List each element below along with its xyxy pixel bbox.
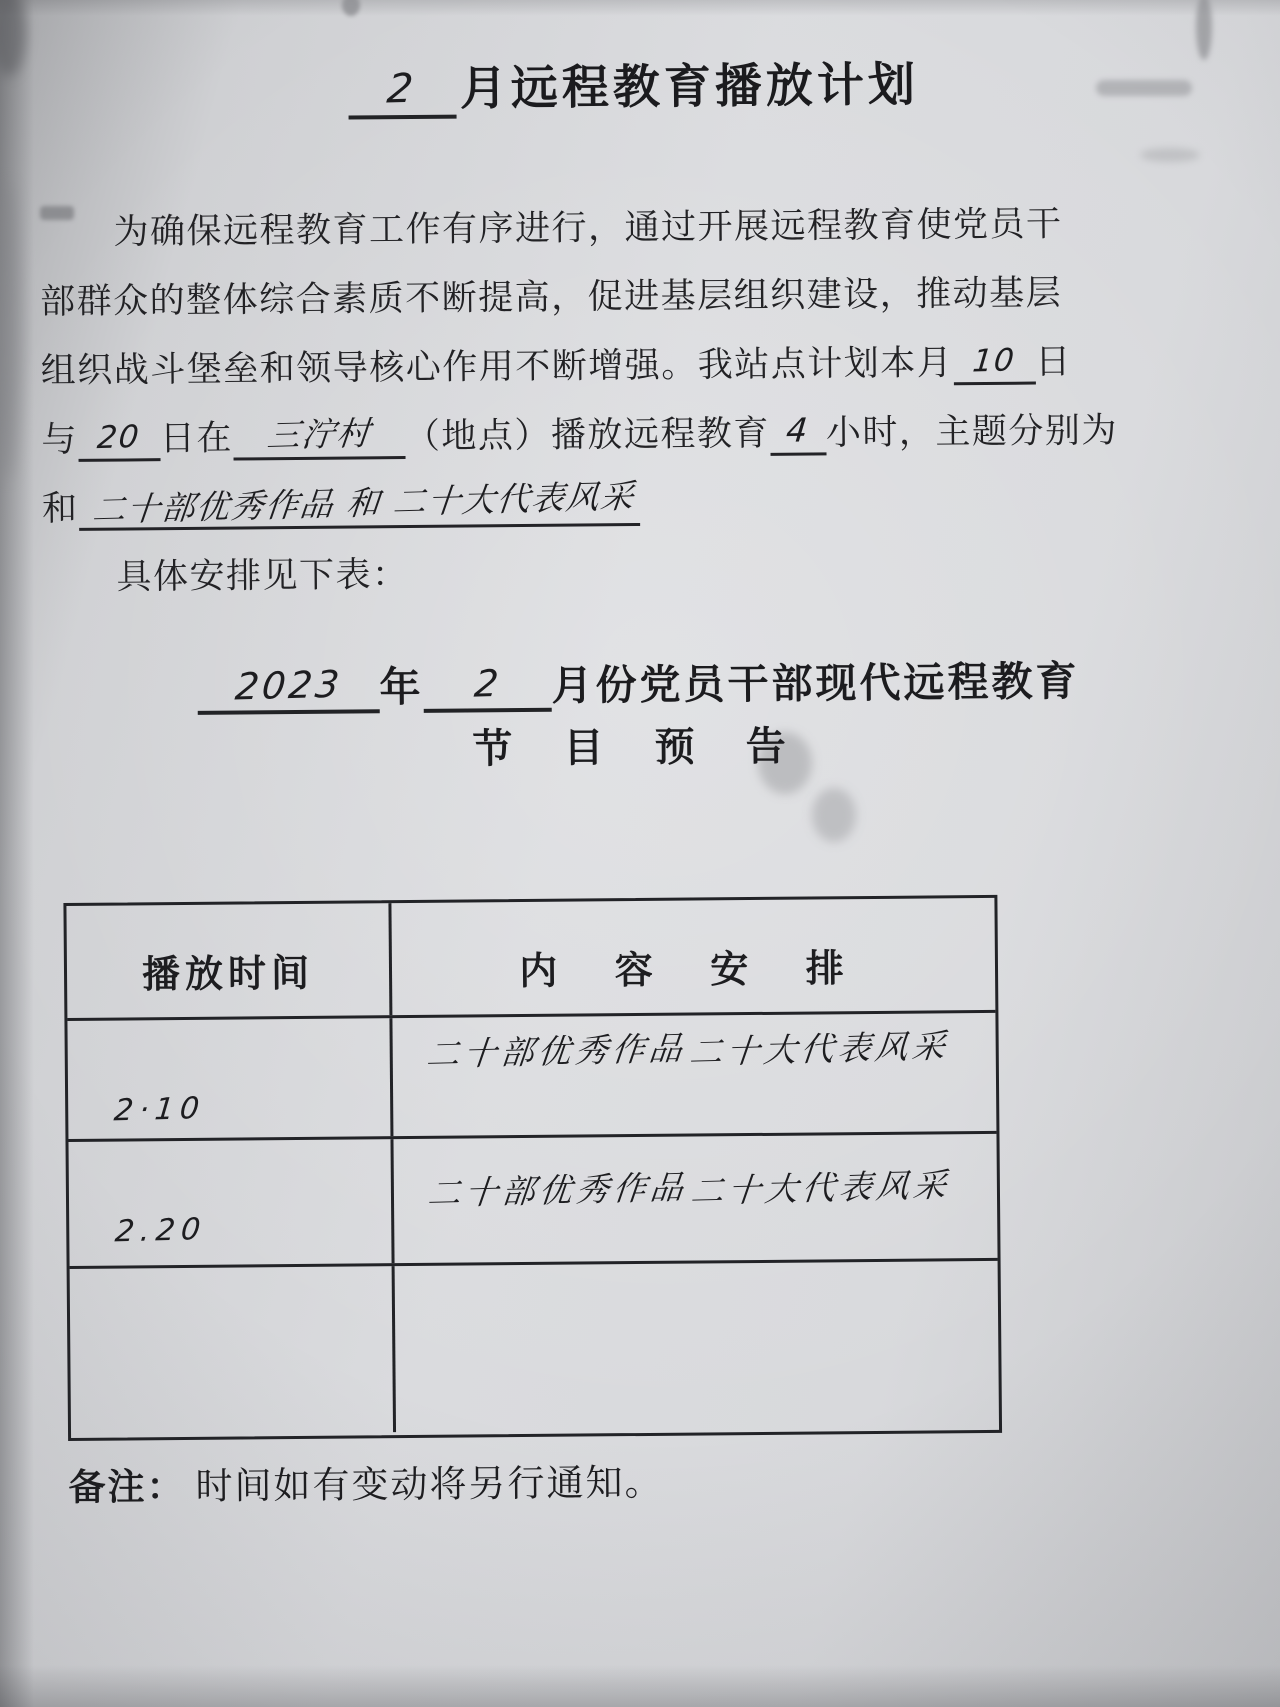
handwritten-topics: 二十部优秀作品 和 二十大代表风采 [90, 477, 636, 529]
handwritten-time-2: 2.20 [114, 1212, 208, 1249]
header-cell-content: 内 容 安 排 [391, 898, 995, 1015]
footnote: 备注：时间如有变动将另行通知。 [68, 1452, 663, 1511]
handwritten-year: 2023 [233, 664, 343, 709]
col2-header-label: 内 容 安 排 [392, 936, 995, 996]
col1-header-label: 播放时间 [67, 941, 389, 999]
time-cell: 2·10 [67, 1018, 393, 1139]
document-content: 2月远程教育播放计划 为确保远程教育工作有序进行，通过开展远程教育使党员干 部群… [0, 0, 1280, 1707]
year-label: 年 [379, 664, 423, 710]
paragraph-line-3: 组织战斗堡垒和领导核心作用不断增强。我站点计划本月10日 [41, 334, 1052, 412]
schedule-heading: 2023年2月份党员干部现代远程教育 [0, 646, 1279, 716]
footnote-label: 备注： [68, 1466, 185, 1508]
line4-seg1: 与 [41, 420, 78, 459]
line3-text: 组织战斗堡垒和领导核心作用不断增强。我站点计划本月 [41, 343, 954, 390]
day2-blank: 20 [78, 416, 160, 462]
schedule-heading-line2: 节 目 预 告 [0, 710, 1279, 778]
header-cell-time: 播放时间 [66, 903, 392, 1018]
paragraph-line-2: 部群众的整体综合素质不断提高，促进基层组织建设，推动基层 [40, 265, 1051, 343]
table-row: 2.20 二十部优秀作品 二十大代表风采 [68, 1134, 997, 1269]
content-lines: 二十部优秀作品 二十大代表风采 [426, 1021, 985, 1080]
table-header-row: 播放时间 内 容 安 排 [66, 898, 995, 1021]
table-row-empty [70, 1261, 999, 1435]
line4-seg4: 小时，主题分别为 [826, 411, 1118, 453]
paragraph-line-4: 与20日在三泞村（地点）播放远程教育4小时，主题分别为 [41, 403, 1052, 481]
document-title: 2月远程教育播放计划 [0, 44, 1274, 122]
paragraph-line-5: 和二十部优秀作品 和 二十大代表风采 [42, 472, 1053, 550]
title-text: 月远程教育播放计划 [460, 58, 919, 115]
hours-blank: 4 [770, 410, 826, 456]
footnote-text: 时间如有变动将另行通知。 [195, 1462, 663, 1507]
title-month-blank: 2 [348, 59, 457, 120]
time-cell: 2.20 [68, 1139, 394, 1266]
content-line: 二十大代表风采 [687, 1019, 952, 1080]
location-blank: 三泞村 [233, 414, 405, 461]
handwritten-hours: 4 [785, 411, 811, 450]
content-lines: 二十部优秀作品 二十大代表风采 [428, 1150, 988, 1219]
content-line: 二十大代表风采 [688, 1158, 953, 1219]
handwritten-month2: 2 [472, 663, 503, 706]
content-cell [395, 1261, 999, 1432]
topics-blank: 二十部优秀作品 和 二十大代表风采 [78, 481, 640, 531]
content-line: 二十部优秀作品 [424, 1021, 689, 1082]
handwritten-month: 2 [385, 66, 419, 113]
content-line: 二十部优秀作品 [425, 1160, 690, 1221]
content-cell: 二十部优秀作品 二十大代表风采 [393, 1134, 997, 1263]
body-paragraph: 为确保远程教育工作有序进行，通过开展远程教育使党员干 部群众的整体综合素质不断提… [39, 196, 1053, 619]
time-cell [70, 1266, 396, 1435]
line4-seg3: （地点）播放远程教育 [405, 414, 770, 456]
handwritten-location: 三泞村 [265, 414, 372, 455]
month-blank: 2 [423, 659, 551, 713]
line3-suffix: 日 [1035, 342, 1072, 381]
handwritten-day1: 10 [971, 343, 1017, 380]
year-blank: 2023 [197, 660, 379, 715]
day1-blank: 10 [953, 339, 1035, 385]
month-label: 月份党员干部现代远程教育 [551, 658, 1079, 709]
paragraph-line-1: 为确保远程教育工作有序进行，通过开展远程教育使党员干 [39, 196, 1050, 274]
handwritten-time-1: 2·10 [112, 1091, 206, 1128]
paragraph-line-6: 具体安排见下表： [42, 541, 1053, 619]
content-lines [429, 1269, 988, 1292]
scanned-document-page: 2月远程教育播放计划 为确保远程教育工作有序进行，通过开展远程教育使党员干 部群… [0, 0, 1280, 1707]
content-cell: 二十部优秀作品 二十大代表风采 [392, 1013, 996, 1136]
line4-seg2: 日在 [160, 419, 233, 459]
schedule-table: 播放时间 内 容 安 排 2·10 二十部优秀作品 二十大代表风采 [63, 895, 1002, 1441]
table-row: 2·10 二十部优秀作品 二十大代表风采 [67, 1013, 996, 1142]
line5-seg1: 和 [42, 489, 79, 528]
handwritten-day2: 20 [96, 420, 142, 457]
